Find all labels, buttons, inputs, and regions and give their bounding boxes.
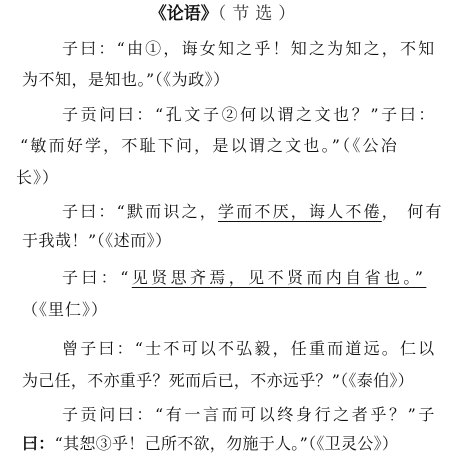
passage-2-line-3: 长》） bbox=[16, 168, 59, 188]
speaker-label: 曰： bbox=[22, 434, 55, 453]
passage-5-line-1: 曾子曰：“士不可以不弘毅，任重而道远。仁以 bbox=[62, 339, 436, 359]
passage-2-line-2: “敏而好学，不耻下问，是以谓之文也。”（《公冶 bbox=[20, 136, 399, 156]
passage-4-line-2: （《里仁》） bbox=[22, 300, 108, 320]
underlined-phrase: 见贤思齐焉，见不贤而内自省也。” bbox=[132, 268, 427, 287]
passage-5-line-2: 为己任，不亦重乎？死而后已，不亦远乎？”（《泰伯》） bbox=[22, 371, 414, 391]
title-annotation: （节选） bbox=[218, 4, 302, 24]
passage-3-line-1: 子曰：“默而识之，学而不厌，诲人不倦， 何有 bbox=[62, 202, 444, 222]
passage-6-line-2: 曰：“其恕③乎！己所不欲，勿施于人。”（《卫灵公》） bbox=[22, 434, 398, 454]
passage-3-text: 子曰：“默而识之， bbox=[62, 202, 218, 221]
passage-4-line-1: 子曰：“见贤思齐焉，见不贤而内自省也。” bbox=[62, 268, 426, 288]
passage-3-text-end: ， 何有 bbox=[382, 202, 444, 221]
passage-1-line-1: 子曰：“由①，诲女知之乎！知之为知之，不知 bbox=[62, 39, 436, 59]
passage-4-text: 子曰：“ bbox=[62, 268, 132, 287]
passage-3-line-2: 于我哉！”（《述而》） bbox=[22, 231, 172, 251]
document-title: 《论语》（节选） bbox=[0, 3, 451, 25]
passage-1-line-2: 为不知，是知也。”（《为政》） bbox=[22, 70, 230, 90]
book-title: 《论语》 bbox=[150, 4, 218, 24]
passage-2-line-1: 子贡问曰：“孔文子②何以谓之文也？”子曰： bbox=[62, 105, 437, 125]
underlined-phrase: 学而不厌，诲人不倦 bbox=[218, 202, 382, 221]
passage-6-text: “其恕③乎！己所不欲，勿施于人。”（《卫灵公》） bbox=[55, 434, 399, 453]
passage-6-line-1: 子贡问曰：“有一言而可以终身行之者乎？”子 bbox=[62, 405, 437, 425]
